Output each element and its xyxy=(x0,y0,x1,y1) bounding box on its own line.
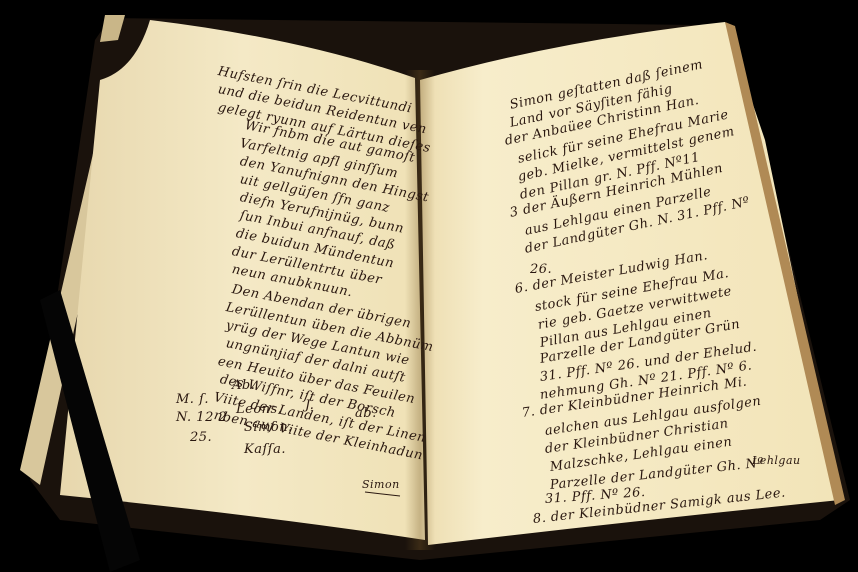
photo-scene: Hufsten ſrin die Lecvittundi und die bei… xyxy=(0,0,858,572)
signature-left-1: M. ſ. xyxy=(176,392,209,407)
abbrev-1: Ab. xyxy=(232,378,255,393)
signature-right-1: Leons. xyxy=(236,402,282,417)
signature-right-3: Kaſſa. xyxy=(244,442,286,457)
signature-left-3: 25. xyxy=(190,430,212,445)
right-line-25: Lehlgau xyxy=(752,454,801,467)
abbrev-3: ab. xyxy=(355,406,377,421)
abbrev-2: J. xyxy=(305,398,314,413)
left-page-signature: Simon xyxy=(362,478,400,491)
signature-left-2: N. 12 2 xyxy=(176,410,227,425)
signature-right-2: Simon. xyxy=(244,420,293,435)
